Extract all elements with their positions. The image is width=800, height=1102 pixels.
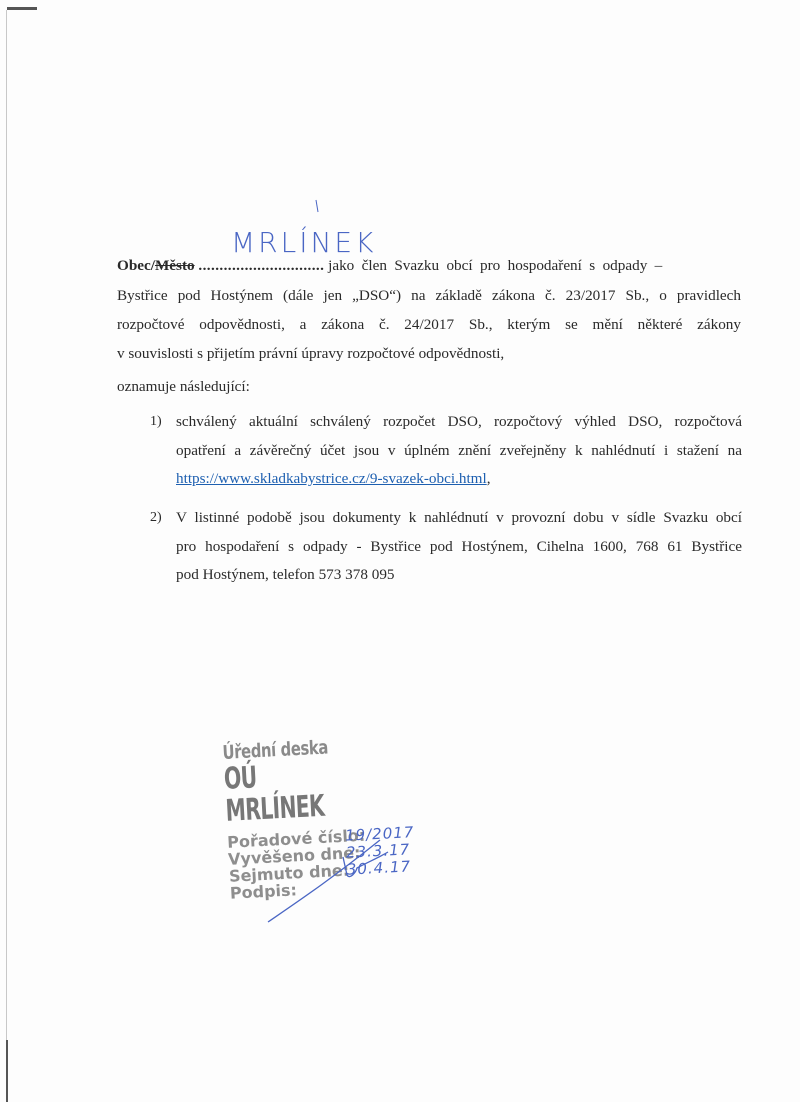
signature-scribble: [0, 0, 800, 1102]
